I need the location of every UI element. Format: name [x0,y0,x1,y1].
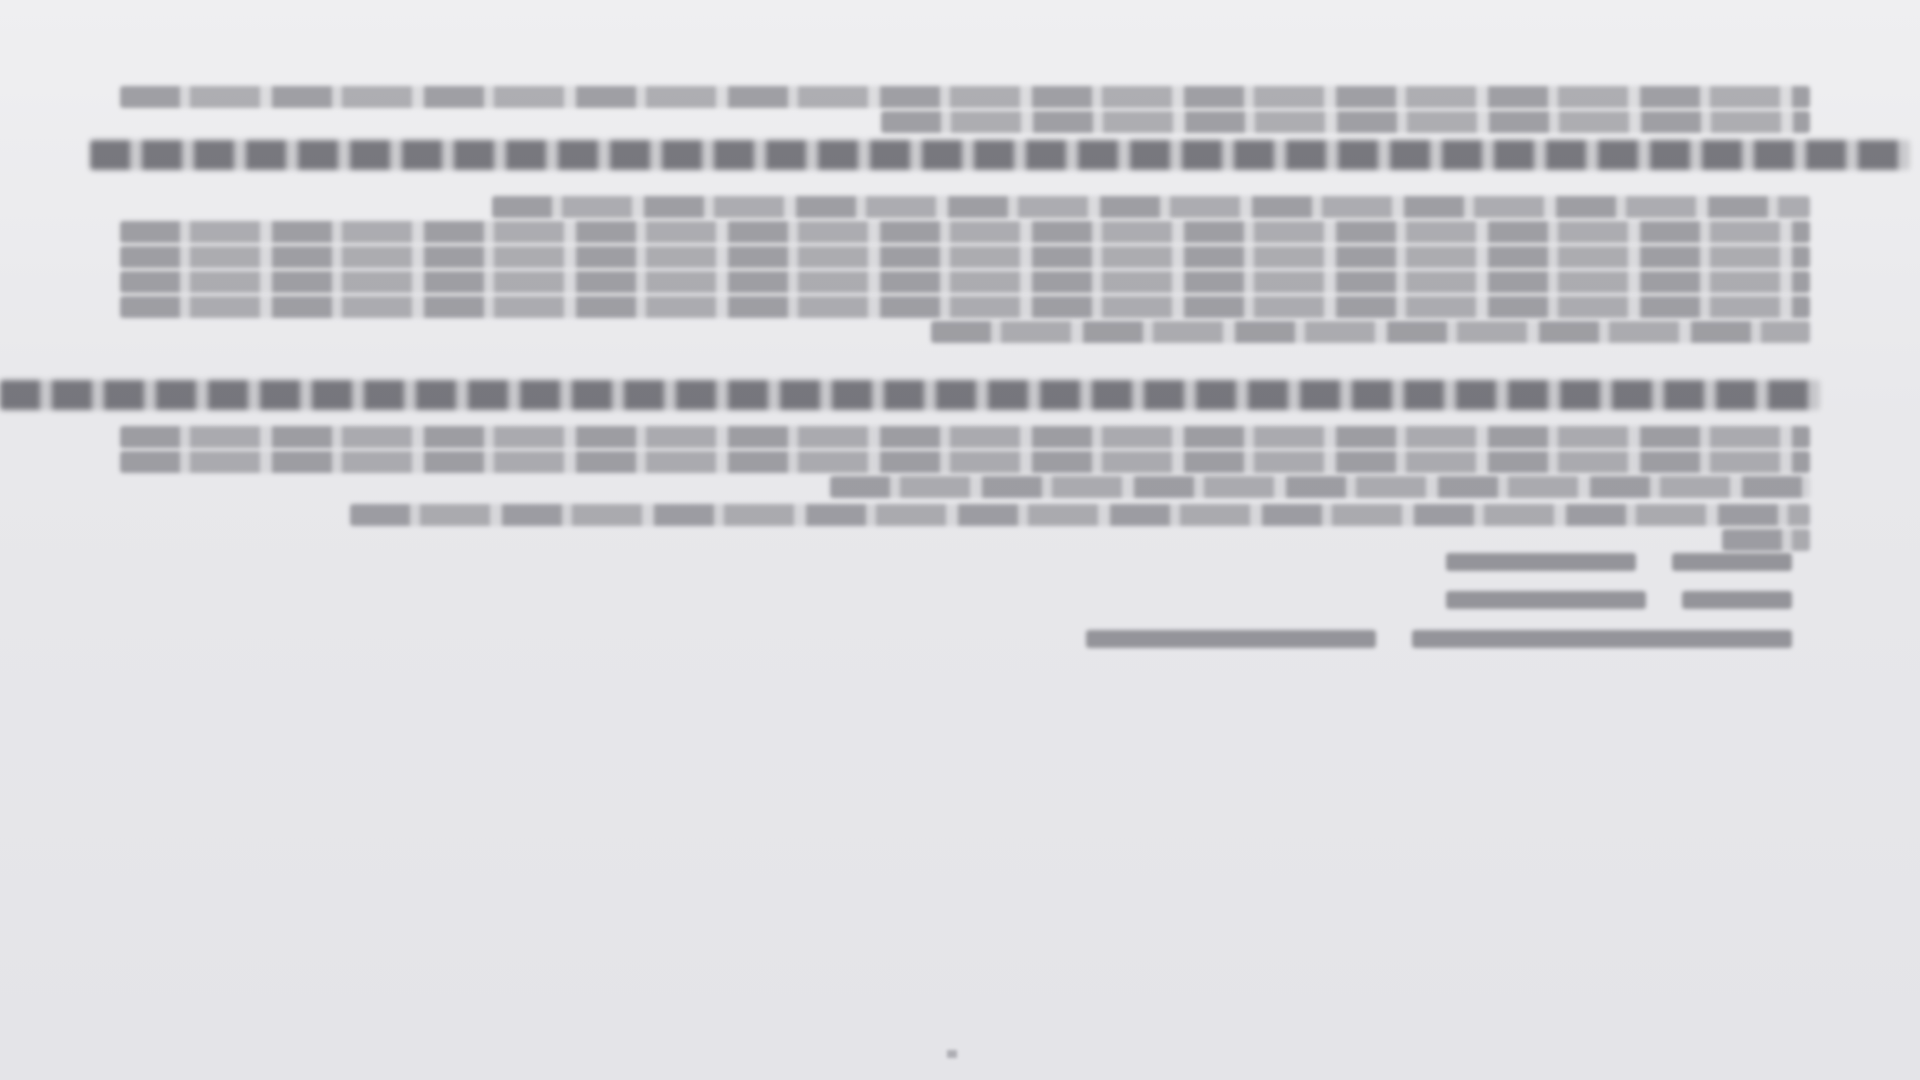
paragraph-4 [0,380,1820,413]
field-value-placeholder [1086,630,1376,648]
paragraph-line [120,86,1810,108]
paragraph-3 [120,196,1810,346]
paragraph-line [120,451,1810,473]
paragraph-line [492,196,1810,218]
paragraph-line [881,111,1811,133]
paragraph-1 [120,86,1810,136]
field-label-placeholder [1672,553,1792,571]
field-row-2 [1446,591,1810,609]
paragraph-line [830,476,1810,498]
paragraph-2 [90,140,1910,173]
paragraph-line [90,140,1910,170]
field-row-1 [1446,553,1810,571]
paragraph-line [1722,529,1810,551]
page-number [947,1050,957,1058]
scanned-document-page [0,0,1920,1080]
paragraph-line [120,426,1810,448]
field-value-placeholder [1446,591,1646,609]
field-label-placeholder [1682,591,1792,609]
field-value-placeholder [1446,553,1636,571]
paragraph-line [350,504,1810,526]
paragraph-5 [120,426,1810,501]
paragraph-line [0,380,1820,410]
paragraph-line [931,321,1810,343]
paragraph-6 [350,504,1810,554]
field-label-placeholder [1412,630,1792,648]
paragraph-line [120,221,1810,243]
paragraph-line [120,296,1810,318]
paragraph-line [120,271,1810,293]
paragraph-line [120,246,1810,268]
field-row-3 [1086,630,1810,648]
